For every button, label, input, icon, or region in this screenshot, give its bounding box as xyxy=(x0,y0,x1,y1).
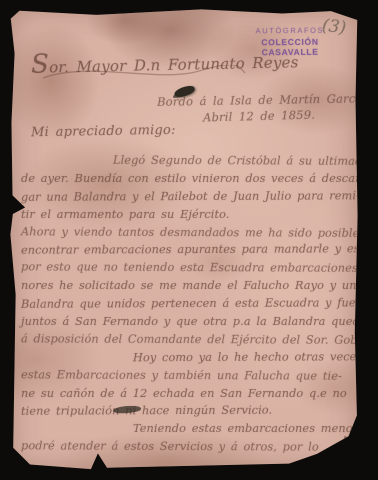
place-line: Bordo á la Isla de Martín García xyxy=(157,91,367,109)
body-line: Teniendo estas embarcaciones menores xyxy=(21,420,355,438)
body-line: Llegó Segundo de Cristóbal á su ultimado xyxy=(21,151,355,170)
letter-body: Llegó Segundo de Cristóbal á su ultimado… xyxy=(21,152,355,456)
body-line: á disposición del Comandante del Ejércit… xyxy=(21,330,355,349)
body-line: Balandra que unidos pertenecen á esta Es… xyxy=(21,294,355,313)
body-line: tir el armamento para su Ejército. xyxy=(21,206,355,224)
letter-paper: AUTÓGRAFOS COLECCIÓN CASAVALLE (3) Sor. … xyxy=(9,7,359,471)
pencil-number: (3) xyxy=(321,16,347,39)
body-line: por esto que no teniendo esta Escuadra e… xyxy=(21,259,355,278)
body-line: nores he solicitado se me mande el Faluc… xyxy=(21,277,355,295)
body-line: de ayer. Buendía con estilo vinieron dos… xyxy=(21,170,355,188)
date-line: Abril 12 de 1859. xyxy=(203,108,315,125)
body-line: juntos á San Fernando y que otra p.a la … xyxy=(21,313,355,331)
body-line: ne su cañón de á 12 echada en San Fernan… xyxy=(21,385,355,403)
body-line: Ahora y viendo tantos desmandados me ha … xyxy=(21,223,355,242)
body-line: gar una Balandra y el Pailebot de Juan J… xyxy=(21,187,355,206)
body-line: podré atender á estos Servicios y á otro… xyxy=(21,438,355,457)
body-line: encontrar embarcaciones apurantes para m… xyxy=(21,241,355,260)
body-line: estas Embarcaciones y también una Faluch… xyxy=(21,366,355,385)
body-line: Hoy como ya lo he hecho otras veces pude xyxy=(21,348,355,367)
photo-background: { "photo": { "pencil_number": "(3)", "st… xyxy=(0,0,378,480)
body-line: tiene tripulación ni hace ningún Servici… xyxy=(21,402,355,421)
pen-flourish-underline xyxy=(39,65,249,83)
greeting-line: Mi apreciado amigo: xyxy=(31,123,176,141)
